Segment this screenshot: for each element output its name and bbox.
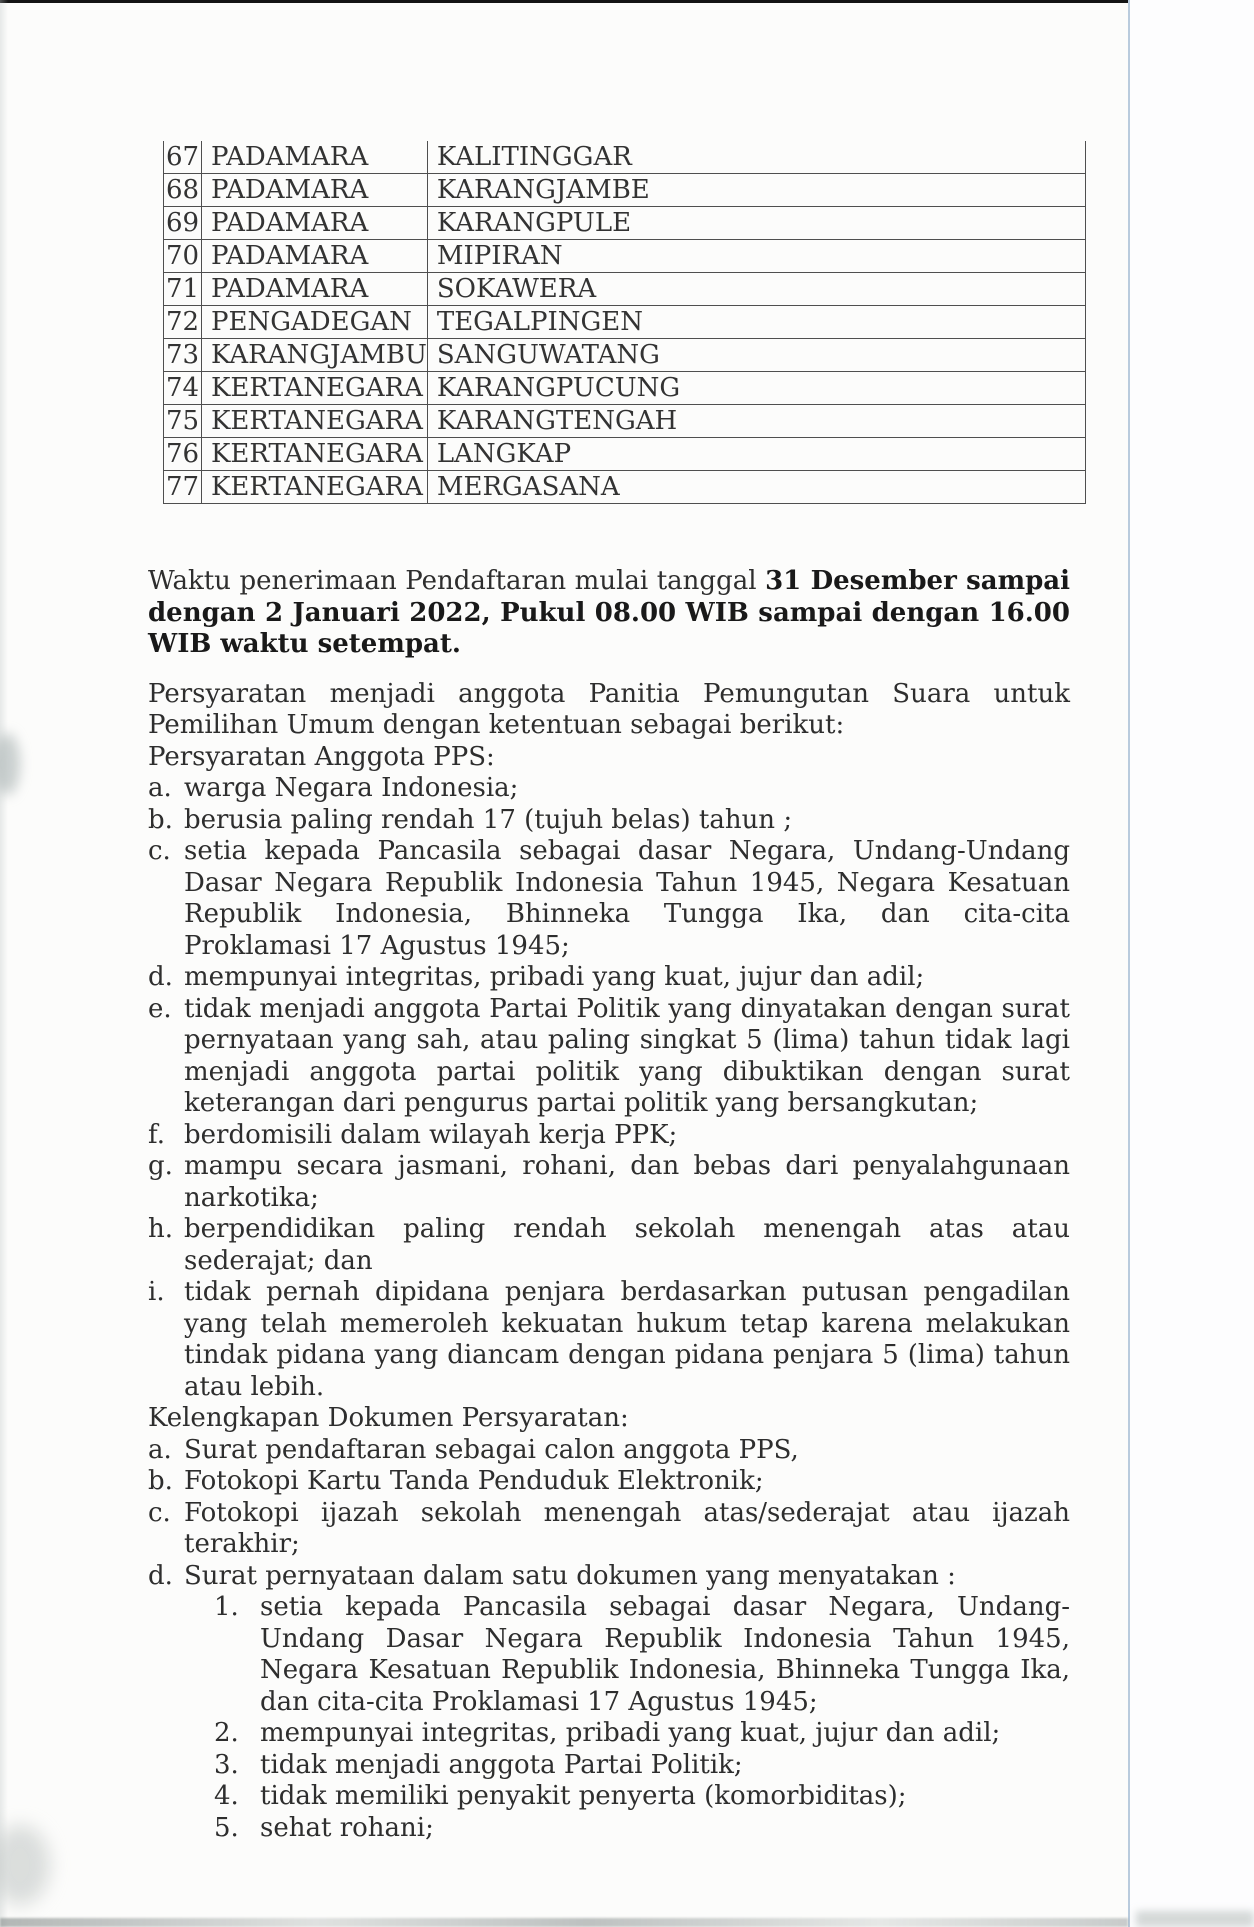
kecamatan-name: PENGADEGAN (202, 306, 428, 339)
list-marker: e. (148, 994, 184, 1120)
scan-smudge-bottom-left (0, 1825, 50, 1905)
notice-normal-text: Waktu penerimaan Pendaftaran mulai tangg… (148, 566, 765, 596)
row-number: 76 (164, 438, 202, 471)
table-row: 67 PADAMARA KALITINGGAR (164, 141, 1086, 174)
statement-item: 4. tidak memiliki penyakit penyerta (kom… (214, 1781, 1070, 1813)
row-number: 71 (164, 273, 202, 306)
scanned-document-page: 67 PADAMARA KALITINGGAR 68 PADAMARA KARA… (0, 0, 1254, 1927)
list-text: Fotokopi Kartu Tanda Penduduk Elektronik… (184, 1466, 1070, 1498)
kecamatan-name: KERTANEGARA (202, 471, 428, 504)
table-row: 69 PADAMARA KARANGPULE (164, 207, 1086, 240)
table-row: 71 PADAMARA SOKAWERA (164, 273, 1086, 306)
table-row: 72 PENGADEGAN TEGALPINGEN (164, 306, 1086, 339)
desa-name: MIPIRAN (427, 240, 1085, 273)
table-row: 68 PADAMARA KARANGJAMBE (164, 174, 1086, 207)
requirement-item: a. warga Negara Indonesia; (148, 773, 1070, 805)
document-body: Waktu penerimaan Pendaftaran mulai tangg… (148, 566, 1070, 1844)
document-item: a. Surat pendaftaran sebagai calon anggo… (148, 1435, 1070, 1467)
statement-item: 3. tidak menjadi anggota Partai Politik; (214, 1750, 1070, 1782)
list-text: warga Negara Indonesia; (184, 773, 1070, 805)
kecamatan-name: PADAMARA (202, 240, 428, 273)
list-marker: b. (148, 1466, 184, 1498)
kecamatan-name: PADAMARA (202, 273, 428, 306)
list-text: setia kepada Pancasila sebagai dasar Neg… (184, 836, 1070, 962)
desa-name: KARANGTENGAH (427, 405, 1085, 438)
list-marker: 4. (214, 1781, 260, 1813)
village-table: 67 PADAMARA KALITINGGAR 68 PADAMARA KARA… (163, 141, 1086, 504)
list-text: tidak menjadi anggota Partai Politik; (260, 1750, 1070, 1782)
row-number: 74 (164, 372, 202, 405)
scan-smudge-bottom-right (1136, 1911, 1254, 1927)
requirement-item: e. tidak menjadi anggota Partai Politik … (148, 994, 1070, 1120)
kecamatan-name: PADAMARA (202, 174, 428, 207)
list-marker: c. (148, 836, 184, 962)
table-row: 74 KERTANEGARA KARANGPUCUNG (164, 372, 1086, 405)
list-marker: g. (148, 1151, 184, 1214)
list-marker: i. (148, 1277, 184, 1403)
desa-name: SOKAWERA (427, 273, 1085, 306)
kecamatan-name: PADAMARA (202, 141, 428, 174)
statement-item: 5. sehat rohani; (214, 1813, 1070, 1845)
desa-name: KALITINGGAR (427, 141, 1085, 174)
documents-heading: Kelengkapan Dokumen Persyaratan: (148, 1403, 1070, 1435)
scan-right-margin-strip (1130, 0, 1254, 1927)
desa-name: SANGUWATANG (427, 339, 1085, 372)
row-number: 70 (164, 240, 202, 273)
requirements-heading: Persyaratan Anggota PPS: (148, 742, 1070, 774)
statement-item: 2. mempunyai integritas, pribadi yang ku… (214, 1718, 1070, 1750)
desa-name: KARANGPUCUNG (427, 372, 1085, 405)
requirement-item: c. setia kepada Pancasila sebagai dasar … (148, 836, 1070, 962)
requirement-item: h. berpendidikan paling rendah sekolah m… (148, 1214, 1070, 1277)
list-marker: 5. (214, 1813, 260, 1845)
list-marker: f. (148, 1120, 184, 1152)
row-number: 68 (164, 174, 202, 207)
list-marker: d. (148, 1561, 184, 1593)
requirement-item: b. berusia paling rendah 17 (tujuh belas… (148, 805, 1070, 837)
requirement-item: d. mempunyai integritas, pribadi yang ku… (148, 962, 1070, 994)
list-text: setia kepada Pancasila sebagai dasar Neg… (260, 1592, 1070, 1718)
table-row: 73 KARANGJAMBU SANGUWATANG (164, 339, 1086, 372)
requirement-item: g. mampu secara jasmani, rohani, dan beb… (148, 1151, 1070, 1214)
list-text: mampu secara jasmani, rohani, dan bebas … (184, 1151, 1070, 1214)
row-number: 75 (164, 405, 202, 438)
row-number: 72 (164, 306, 202, 339)
list-text: berdomisili dalam wilayah kerja PPK; (184, 1120, 1070, 1152)
list-marker: 3. (214, 1750, 260, 1782)
kecamatan-name: KERTANEGARA (202, 405, 428, 438)
desa-name: TEGALPINGEN (427, 306, 1085, 339)
list-text: tidak pernah dipidana penjara berdasarka… (184, 1277, 1070, 1403)
kecamatan-name: KERTANEGARA (202, 438, 428, 471)
scan-right-edge-line (1128, 0, 1130, 1927)
scan-bottom-streak (0, 1918, 1128, 1927)
list-marker: b. (148, 805, 184, 837)
scan-top-edge-line (0, 0, 1128, 3)
table-row: 70 PADAMARA MIPIRAN (164, 240, 1086, 273)
kecamatan-name: PADAMARA (202, 207, 428, 240)
row-number: 77 (164, 471, 202, 504)
list-marker: a. (148, 773, 184, 805)
statement-item: 1. setia kepada Pancasila sebagai dasar … (214, 1592, 1070, 1718)
requirement-item: i. tidak pernah dipidana penjara berdasa… (148, 1277, 1070, 1403)
registration-notice: Waktu penerimaan Pendaftaran mulai tangg… (148, 566, 1070, 661)
desa-name: KARANGJAMBE (427, 174, 1085, 207)
list-text: Surat pernyataan dalam satu dokumen yang… (184, 1561, 1070, 1593)
list-text: sehat rohani; (260, 1813, 1070, 1845)
kecamatan-name: KERTANEGARA (202, 372, 428, 405)
list-text: Surat pendaftaran sebagai calon anggota … (184, 1435, 1070, 1467)
document-item: d. Surat pernyataan dalam satu dokumen y… (148, 1561, 1070, 1593)
list-text: mempunyai integritas, pribadi yang kuat,… (184, 962, 1070, 994)
list-marker: a. (148, 1435, 184, 1467)
kecamatan-name: KARANGJAMBU (202, 339, 428, 372)
list-marker: c. (148, 1498, 184, 1561)
list-text: mempunyai integritas, pribadi yang kuat,… (260, 1718, 1070, 1750)
document-item: b. Fotokopi Kartu Tanda Penduduk Elektro… (148, 1466, 1070, 1498)
scan-left-edge-shadow (0, 0, 8, 1927)
list-marker: d. (148, 962, 184, 994)
requirements-intro: Persyaratan menjadi anggota Panitia Pemu… (148, 679, 1070, 742)
desa-name: LANGKAP (427, 438, 1085, 471)
list-marker: 1. (214, 1592, 260, 1718)
list-text: tidak memiliki penyakit penyerta (komorb… (260, 1781, 1070, 1813)
list-marker: 2. (214, 1718, 260, 1750)
row-number: 73 (164, 339, 202, 372)
desa-name: KARANGPULE (427, 207, 1085, 240)
table-row: 77 KERTANEGARA MERGASANA (164, 471, 1086, 504)
list-text: tidak menjadi anggota Partai Politik yan… (184, 994, 1070, 1120)
list-text: berusia paling rendah 17 (tujuh belas) t… (184, 805, 1070, 837)
list-text: berpendidikan paling rendah sekolah mene… (184, 1214, 1070, 1277)
row-number: 69 (164, 207, 202, 240)
table-row: 76 KERTANEGARA LANGKAP (164, 438, 1086, 471)
desa-name: MERGASANA (427, 471, 1085, 504)
requirement-item: f. berdomisili dalam wilayah kerja PPK; (148, 1120, 1070, 1152)
row-number: 67 (164, 141, 202, 174)
document-item: c. Fotokopi ijazah sekolah menengah atas… (148, 1498, 1070, 1561)
list-text: Fotokopi ijazah sekolah menengah atas/se… (184, 1498, 1070, 1561)
scan-smudge-left (0, 733, 20, 795)
table-row: 75 KERTANEGARA KARANGTENGAH (164, 405, 1086, 438)
list-marker: h. (148, 1214, 184, 1277)
